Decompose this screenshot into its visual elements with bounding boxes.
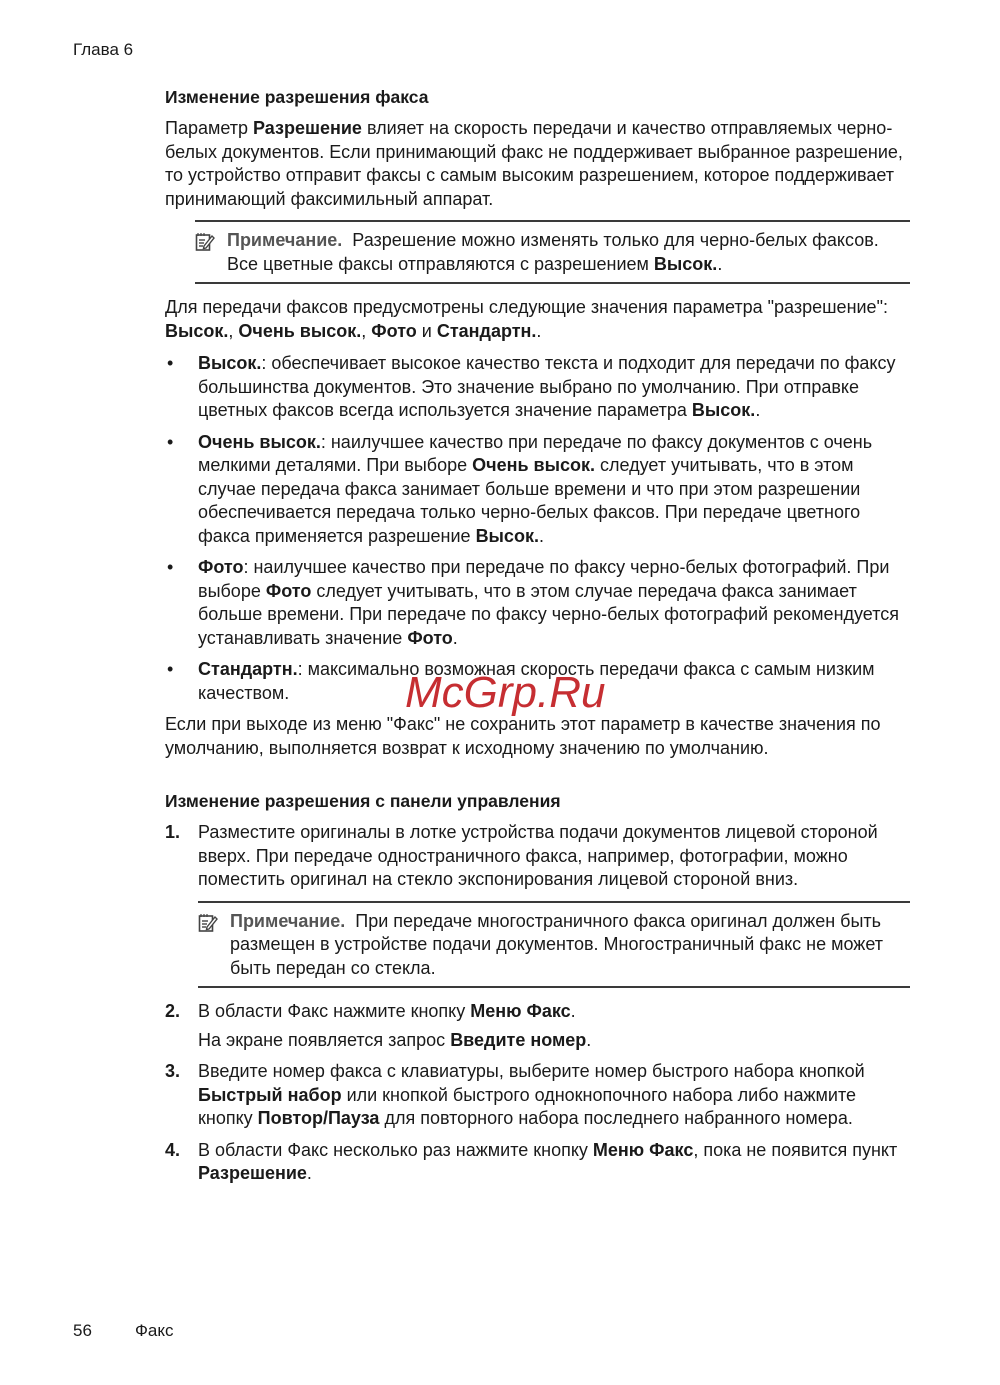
- steps-list: 1. Разместите оригиналы в лотке устройст…: [165, 821, 910, 1186]
- step-item: 4. В области Факс несколько раз нажмите …: [165, 1139, 910, 1186]
- note-text: Примечание.При передаче многостраничного…: [230, 910, 910, 981]
- note-text: Примечание.Разрешение можно изменять тол…: [227, 229, 910, 276]
- list-item: •Фото: наилучшее качество при передаче п…: [165, 556, 910, 650]
- intro-paragraph: Параметр Разрешение влияет на скорость п…: [165, 117, 910, 211]
- section-title-control-panel: Изменение разрешения с панели управления: [165, 790, 910, 812]
- section-control-panel: Изменение разрешения с панели управления…: [165, 790, 910, 1186]
- note-label: Примечание.: [227, 230, 342, 250]
- step-item: 1. Разместите оригиналы в лотке устройст…: [165, 821, 910, 988]
- resolution-values-list: •Высок.: обеспечивает высокое качество т…: [165, 352, 910, 705]
- section-title-fax-resolution: Изменение разрешения факса: [165, 86, 910, 108]
- page-content: Изменение разрешения факса Параметр Разр…: [165, 86, 910, 1194]
- note-label: Примечание.: [230, 911, 345, 931]
- step-item: 3. Введите номер факса с клавиатуры, выб…: [165, 1060, 910, 1131]
- values-intro-paragraph: Для передачи факсов предусмотрены следую…: [165, 296, 910, 343]
- list-item: •Очень высок.: наилучшее качество при пе…: [165, 431, 910, 549]
- watermark: McGrp.Ru: [405, 668, 605, 718]
- list-item: •Высок.: обеспечивает высокое качество т…: [165, 352, 910, 423]
- page-number: 56: [73, 1321, 92, 1341]
- note-pencil-icon: [195, 232, 215, 252]
- note-box: Примечание.При передаче многостраничного…: [198, 901, 910, 989]
- step-item: 2. В области Факс нажмите кнопку Меню Фа…: [165, 1000, 910, 1052]
- note-pencil-icon: [198, 913, 218, 933]
- footer-section-title: Факс: [135, 1321, 174, 1341]
- outro-paragraph: Если при выходе из меню "Факс" не сохран…: [165, 713, 910, 760]
- note-box: Примечание.Разрешение можно изменять тол…: [195, 220, 910, 284]
- chapter-header: Глава 6: [73, 40, 133, 60]
